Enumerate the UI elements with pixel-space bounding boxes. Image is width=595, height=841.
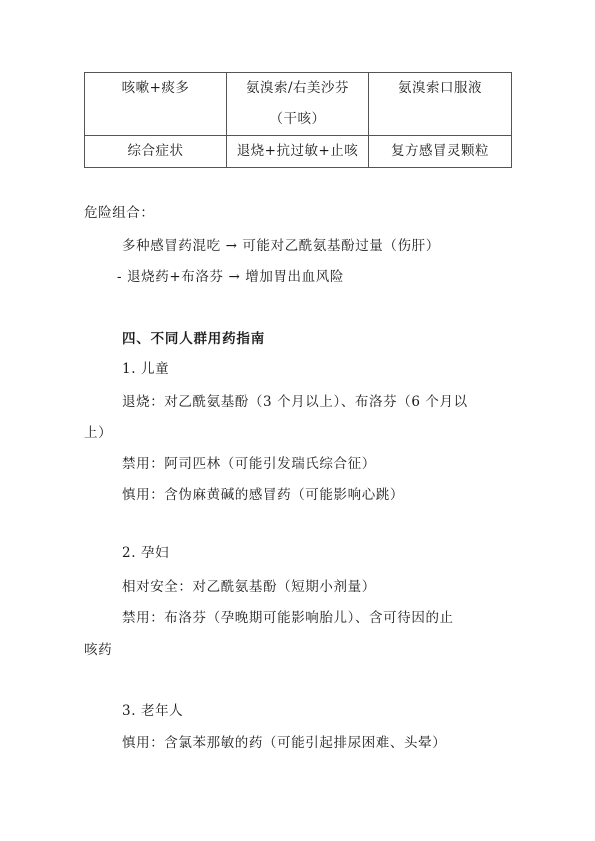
children-caution: 慎用：含伪麻黄碱的感冒药（可能影响心跳） (122, 485, 404, 505)
ingredient-note: （干咳） (231, 104, 364, 135)
product-cell: 复方感冒灵颗粒 (369, 136, 512, 168)
children-fever: 退烧：对乙酰氨基酚（3 个月以上）、布洛芬（6 个月以 (122, 392, 468, 412)
symptom-cell: 综合症状 (85, 136, 227, 168)
ingredient-text: 氨溴索/右美沙芬 (231, 73, 364, 104)
document-page: 咳嗽+痰多 氨溴索/右美沙芬 （干咳） 氨溴索口服液 综合症状 退烧+抗过敏+止… (0, 0, 595, 841)
children-fever-cont: 上） (84, 423, 112, 443)
elderly-title: 3. 老年人 (122, 701, 183, 721)
pregnant-title: 2. 孕妇 (122, 543, 169, 563)
danger-item: - 退烧药+布洛芬 → 增加胃出血风险 (117, 267, 344, 287)
product-cell: 氨溴索口服液 (369, 73, 512, 136)
danger-item: 多种感冒药混吃 → 可能对乙酰氨基酚过量（伤肝） (122, 236, 440, 256)
table-row: 咳嗽+痰多 氨溴索/右美沙芬 （干咳） 氨溴索口服液 (85, 73, 512, 136)
ingredient-cell: 退烧+抗过敏+止咳 (227, 136, 369, 168)
ingredient-cell: 氨溴索/右美沙芬 （干咳） (227, 73, 369, 136)
medication-table: 咳嗽+痰多 氨溴索/右美沙芬 （干咳） 氨溴索口服液 综合症状 退烧+抗过敏+止… (84, 72, 512, 168)
table-row: 综合症状 退烧+抗过敏+止咳 复方感冒灵颗粒 (85, 136, 512, 168)
pregnant-safe: 相对安全：对乙酰氨基酚（短期小剂量） (122, 577, 376, 597)
pregnant-forbidden-cont: 咳药 (84, 640, 112, 660)
children-forbidden: 禁用：阿司匹林（可能引发瑞氏综合征） (122, 454, 376, 474)
elderly-caution: 慎用：含氯苯那敏的药（可能引起排尿困难、头晕） (122, 733, 446, 753)
section-heading: 四、不同人群用药指南 (122, 329, 265, 349)
pregnant-forbidden: 禁用：布洛芬（孕晚期可能影响胎儿）、含可待因的止 (122, 608, 454, 628)
danger-title: 危险组合： (84, 203, 155, 223)
symptom-cell: 咳嗽+痰多 (85, 73, 227, 136)
children-title: 1. 儿童 (122, 359, 169, 379)
